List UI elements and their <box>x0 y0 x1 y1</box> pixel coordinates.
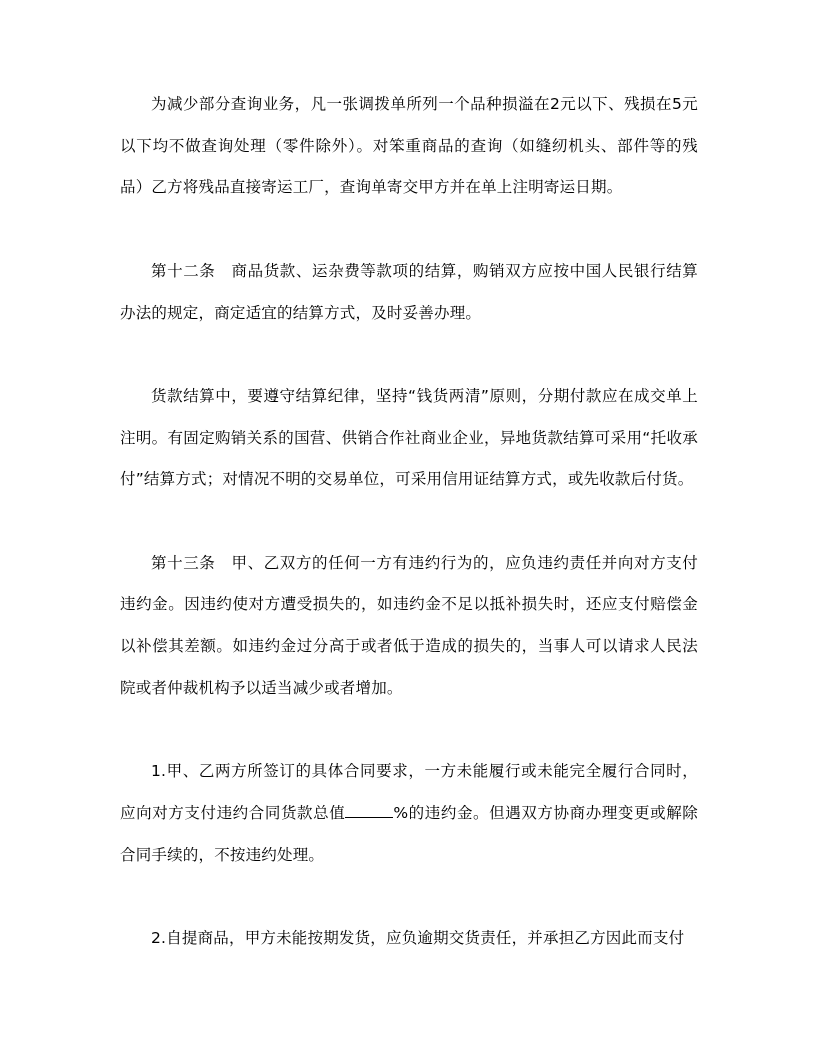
paragraph-inquiry-rules: 为减少部分查询业务，凡一张调拨单所列一个品种损溢在2元以下、残损在5元以下均不做… <box>120 84 698 209</box>
document-page: 为减少部分查询业务，凡一张调拨单所列一个品种损溢在2元以下、残损在5元以下均不做… <box>120 84 698 1001</box>
paragraph-article-13: 第十三条 甲、乙双方的任何一方有违约行为的，应负违约责任并向对方支付违约金。因违… <box>120 543 698 710</box>
paragraph-article-12: 第十二条 商品货款、运杂费等款项的结算，购销双方应按中国人民银行结算办法的规定，… <box>120 251 698 334</box>
paragraph-clause-2: 2.自提商品，甲方未能按期发货，应负逾期交货责任，并承担乙方因此而支付 <box>120 918 698 960</box>
penalty-percent-blank <box>345 803 393 818</box>
paragraph-clause-1: 1.甲、乙两方所签订的具体合同要求，一方未能履行或未能完全履行合同时，应向对方支… <box>120 751 698 876</box>
paragraph-payment-settlement: 货款结算中，要遵守结算纪律，坚持“钱货两清”原则，分期付款应在成交单上注明。有固… <box>120 376 698 501</box>
